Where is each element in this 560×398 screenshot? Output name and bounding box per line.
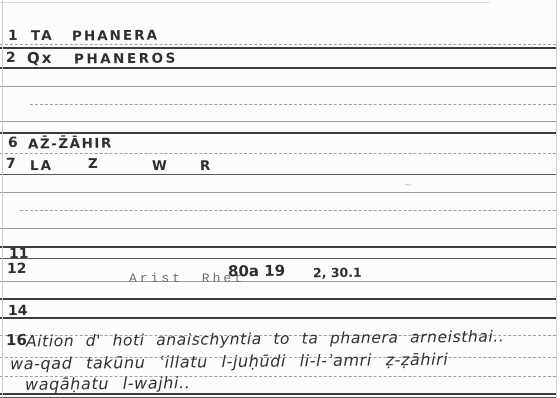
ruled-line — [0, 153, 556, 154]
entry-number-12: 12 — [7, 261, 27, 277]
entry-7-root-w: W — [152, 158, 169, 174]
entry-7-root-r: R — [200, 158, 213, 174]
ruled-line — [0, 174, 556, 175]
scan-artifact: ~ — [404, 180, 412, 191]
entry-number-1: 1 — [8, 28, 18, 44]
entry-7-root-z: Z — [88, 156, 100, 172]
scan-bleed-through: ··· — [58, 4, 85, 14]
card-left-edge-line — [2, 0, 3, 398]
entry-2-word-phaneros: PHANEROS — [74, 50, 178, 67]
ruled-line — [0, 86, 556, 87]
entry-number-14: 14 — [8, 303, 28, 319]
arabic-translation-line-1: wa-qad takūnu ʿillatu l-juḥūdi li-l-ʾamr… — [10, 350, 449, 374]
card-right-edge-line — [556, 0, 557, 398]
entry-number-7: 7 — [6, 156, 16, 172]
ruled-line — [0, 192, 556, 193]
ruled-line — [0, 317, 556, 319]
ruled-line — [0, 298, 556, 300]
entry-7-root-la: LA — [30, 158, 53, 174]
entry-number-2: 2 — [6, 50, 16, 66]
ruled-line — [0, 132, 556, 134]
entry-1-word-ta: TA — [31, 28, 54, 44]
ruled-line — [0, 47, 556, 49]
ruled-line — [0, 246, 556, 248]
ruled-line — [30, 104, 556, 105]
entry-1-word-phanera: PHANERA — [72, 28, 159, 45]
ruled-line — [0, 281, 556, 282]
greek-gloss-line: Aition d' hoti anaischyntia to ta phaner… — [26, 327, 505, 350]
ruled-line — [0, 121, 556, 122]
index-card: ··· ~ 1 TA PHANERA 2 Qx PHANEROS 6 AZ̄-Z… — [0, 0, 560, 398]
handwritten-page-ref: 80a 19 — [228, 262, 285, 281]
ruled-line — [0, 258, 556, 259]
ruled-line — [20, 210, 556, 211]
handwritten-section-ref: 2, 30.1 — [313, 265, 362, 281]
entry-number-6: 6 — [8, 135, 18, 151]
entry-number-11: 11 — [9, 246, 29, 262]
ruled-line — [0, 2, 490, 3]
ruled-line — [0, 393, 556, 395]
entry-6-az-zahir: AZ̄-Z̄ĀHIR — [28, 136, 113, 153]
entry-number-16: 16 — [6, 331, 27, 349]
entry-2-word-qx: Qx — [27, 49, 54, 67]
arabic-translation-line-2: waqāḥatu l-wajhi.. — [25, 373, 191, 394]
ruled-line — [0, 228, 556, 229]
